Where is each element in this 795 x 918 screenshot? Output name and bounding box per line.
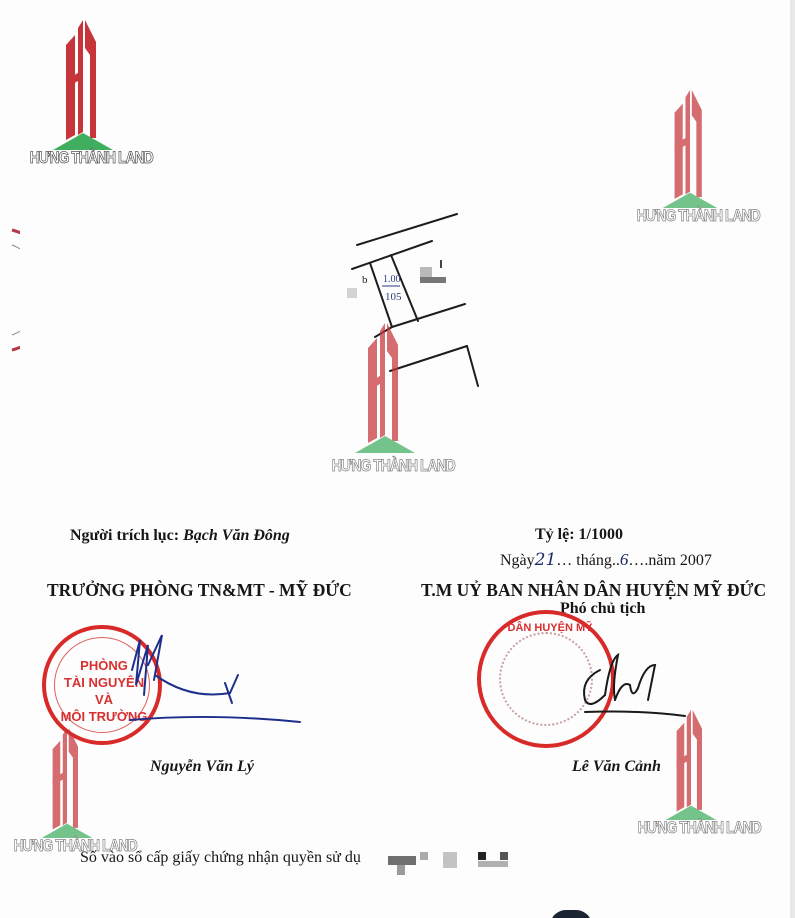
extractor-name: Bạch Văn Đông: [183, 527, 290, 544]
ht-logo-icon: [48, 20, 118, 150]
watermark-text: HƯNG THÀNH LAND: [332, 456, 439, 476]
watermark-logo: HƯNG THÀNH LAND: [2, 728, 132, 856]
parcel-fraction-bottom: 105: [385, 291, 402, 303]
date-day: 21: [535, 550, 557, 570]
watermark-text: HƯNG THÀNH LAND: [30, 148, 137, 168]
watermark-logo: HƯNG THÀNH LAND: [626, 710, 756, 838]
watermark-logo: HƯNG THÀNH LAND: [18, 20, 148, 168]
redacted-number: [388, 856, 416, 865]
page-edge: [790, 0, 795, 918]
parcel-fraction-top: 1.00: [383, 274, 401, 285]
neighbor-label: b: [362, 274, 368, 286]
ht-logo-icon: [656, 710, 726, 820]
date-prefix: Ngày: [500, 552, 535, 569]
left-signer-name: Nguyễn Văn Lý: [150, 758, 254, 776]
bottom-edge-object: [550, 910, 592, 918]
extractor-label: Người trích lục:: [70, 527, 179, 544]
extractor-line: Người trích lục: Bạch Văn Đông: [70, 527, 290, 545]
date-sep-2: ….năm 2007: [628, 552, 712, 569]
certificate-register-number: Số vào sổ cấp giấy chứng nhận quyền sử d…: [80, 849, 361, 867]
watermark-text: HƯNG THÀNH LAND: [638, 818, 745, 838]
partial-seal-left-edge: [0, 225, 20, 355]
ht-logo-icon: [350, 318, 420, 458]
right-office-title: T.M UỶ BAN NHÂN DÂN HUYỆN MỸ ĐỨC: [421, 580, 766, 601]
ht-logo-icon: [37, 728, 97, 838]
ht-logo-icon: [655, 90, 725, 208]
watermark-logo: HƯNG THÀNH LAND: [625, 90, 755, 226]
left-office-title: TRƯỞNG PHÒNG TN&MT - MỸ ĐỨC: [47, 580, 352, 601]
right-stamp-text: DÂN HUYỆN MỸ: [505, 620, 595, 637]
issue-date: Ngày21… tháng..6….năm 2007: [500, 550, 712, 570]
watermark-text: HƯNG THÀNH LAND: [637, 206, 744, 226]
date-sep-1: … tháng..: [556, 552, 620, 569]
map-scale: Tỷ lệ: 1/1000: [535, 526, 623, 544]
watermark-logo: HƯNG THÀNH LAND: [320, 318, 450, 476]
left-signature: [60, 625, 320, 735]
